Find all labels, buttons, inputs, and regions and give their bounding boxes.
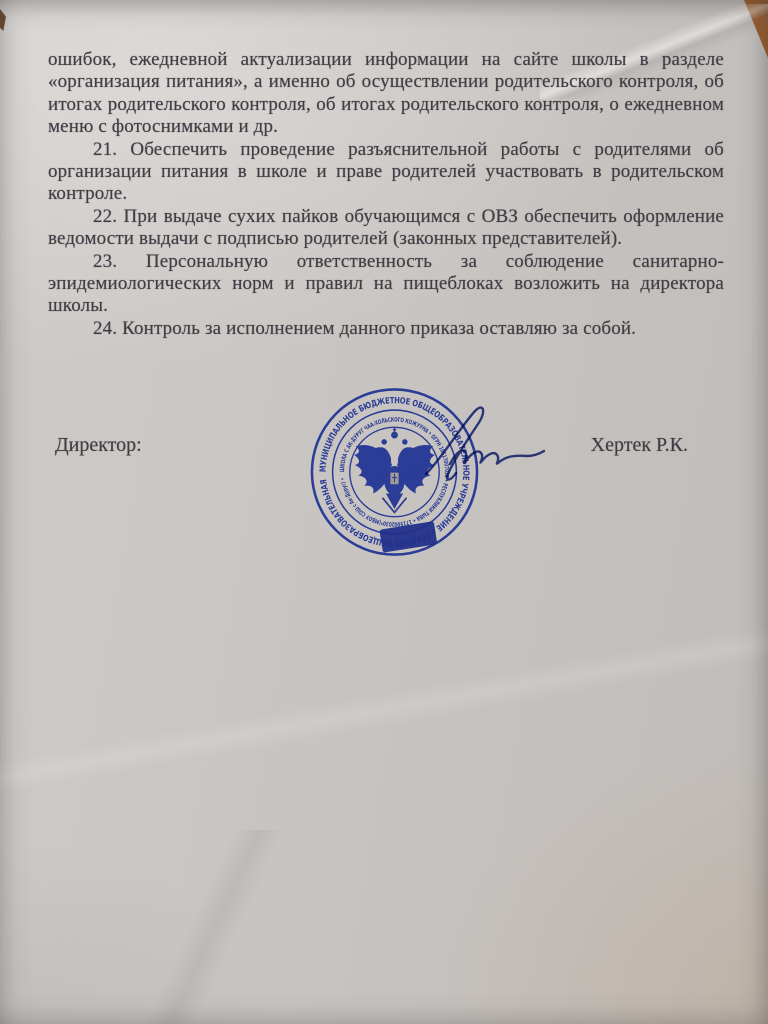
- document-body-text: ошибок, ежедневной актуализации информац…: [48, 49, 724, 340]
- document-photo-page: ошибок, ежедневной актуализации информац…: [0, 0, 768, 1024]
- wood-table-left-sliver: [0, 9, 6, 31]
- paragraph-item-23: 23. Персональную ответственность за собл…: [48, 251, 724, 318]
- paragraph-item-21: 21. Обеспечить проведение разъяснительно…: [48, 139, 724, 206]
- paragraph-item-24: 24. Контроль за исполнением данного прик…: [48, 318, 724, 340]
- signature-autograph-icon: [420, 402, 552, 490]
- signer-name: Хертек Р.К.: [591, 434, 688, 457]
- paper-crease-middle: [0, 560, 768, 860]
- director-label: Директор:: [55, 434, 142, 457]
- paper-crease-bottom: [0, 830, 430, 1024]
- paragraph-item-22: 22. При выдаче сухих пайков обучающимся …: [48, 206, 724, 251]
- paragraph-continuation: ошибок, ежедневной актуализации информац…: [48, 49, 724, 139]
- wood-table-corner: [744, 0, 768, 58]
